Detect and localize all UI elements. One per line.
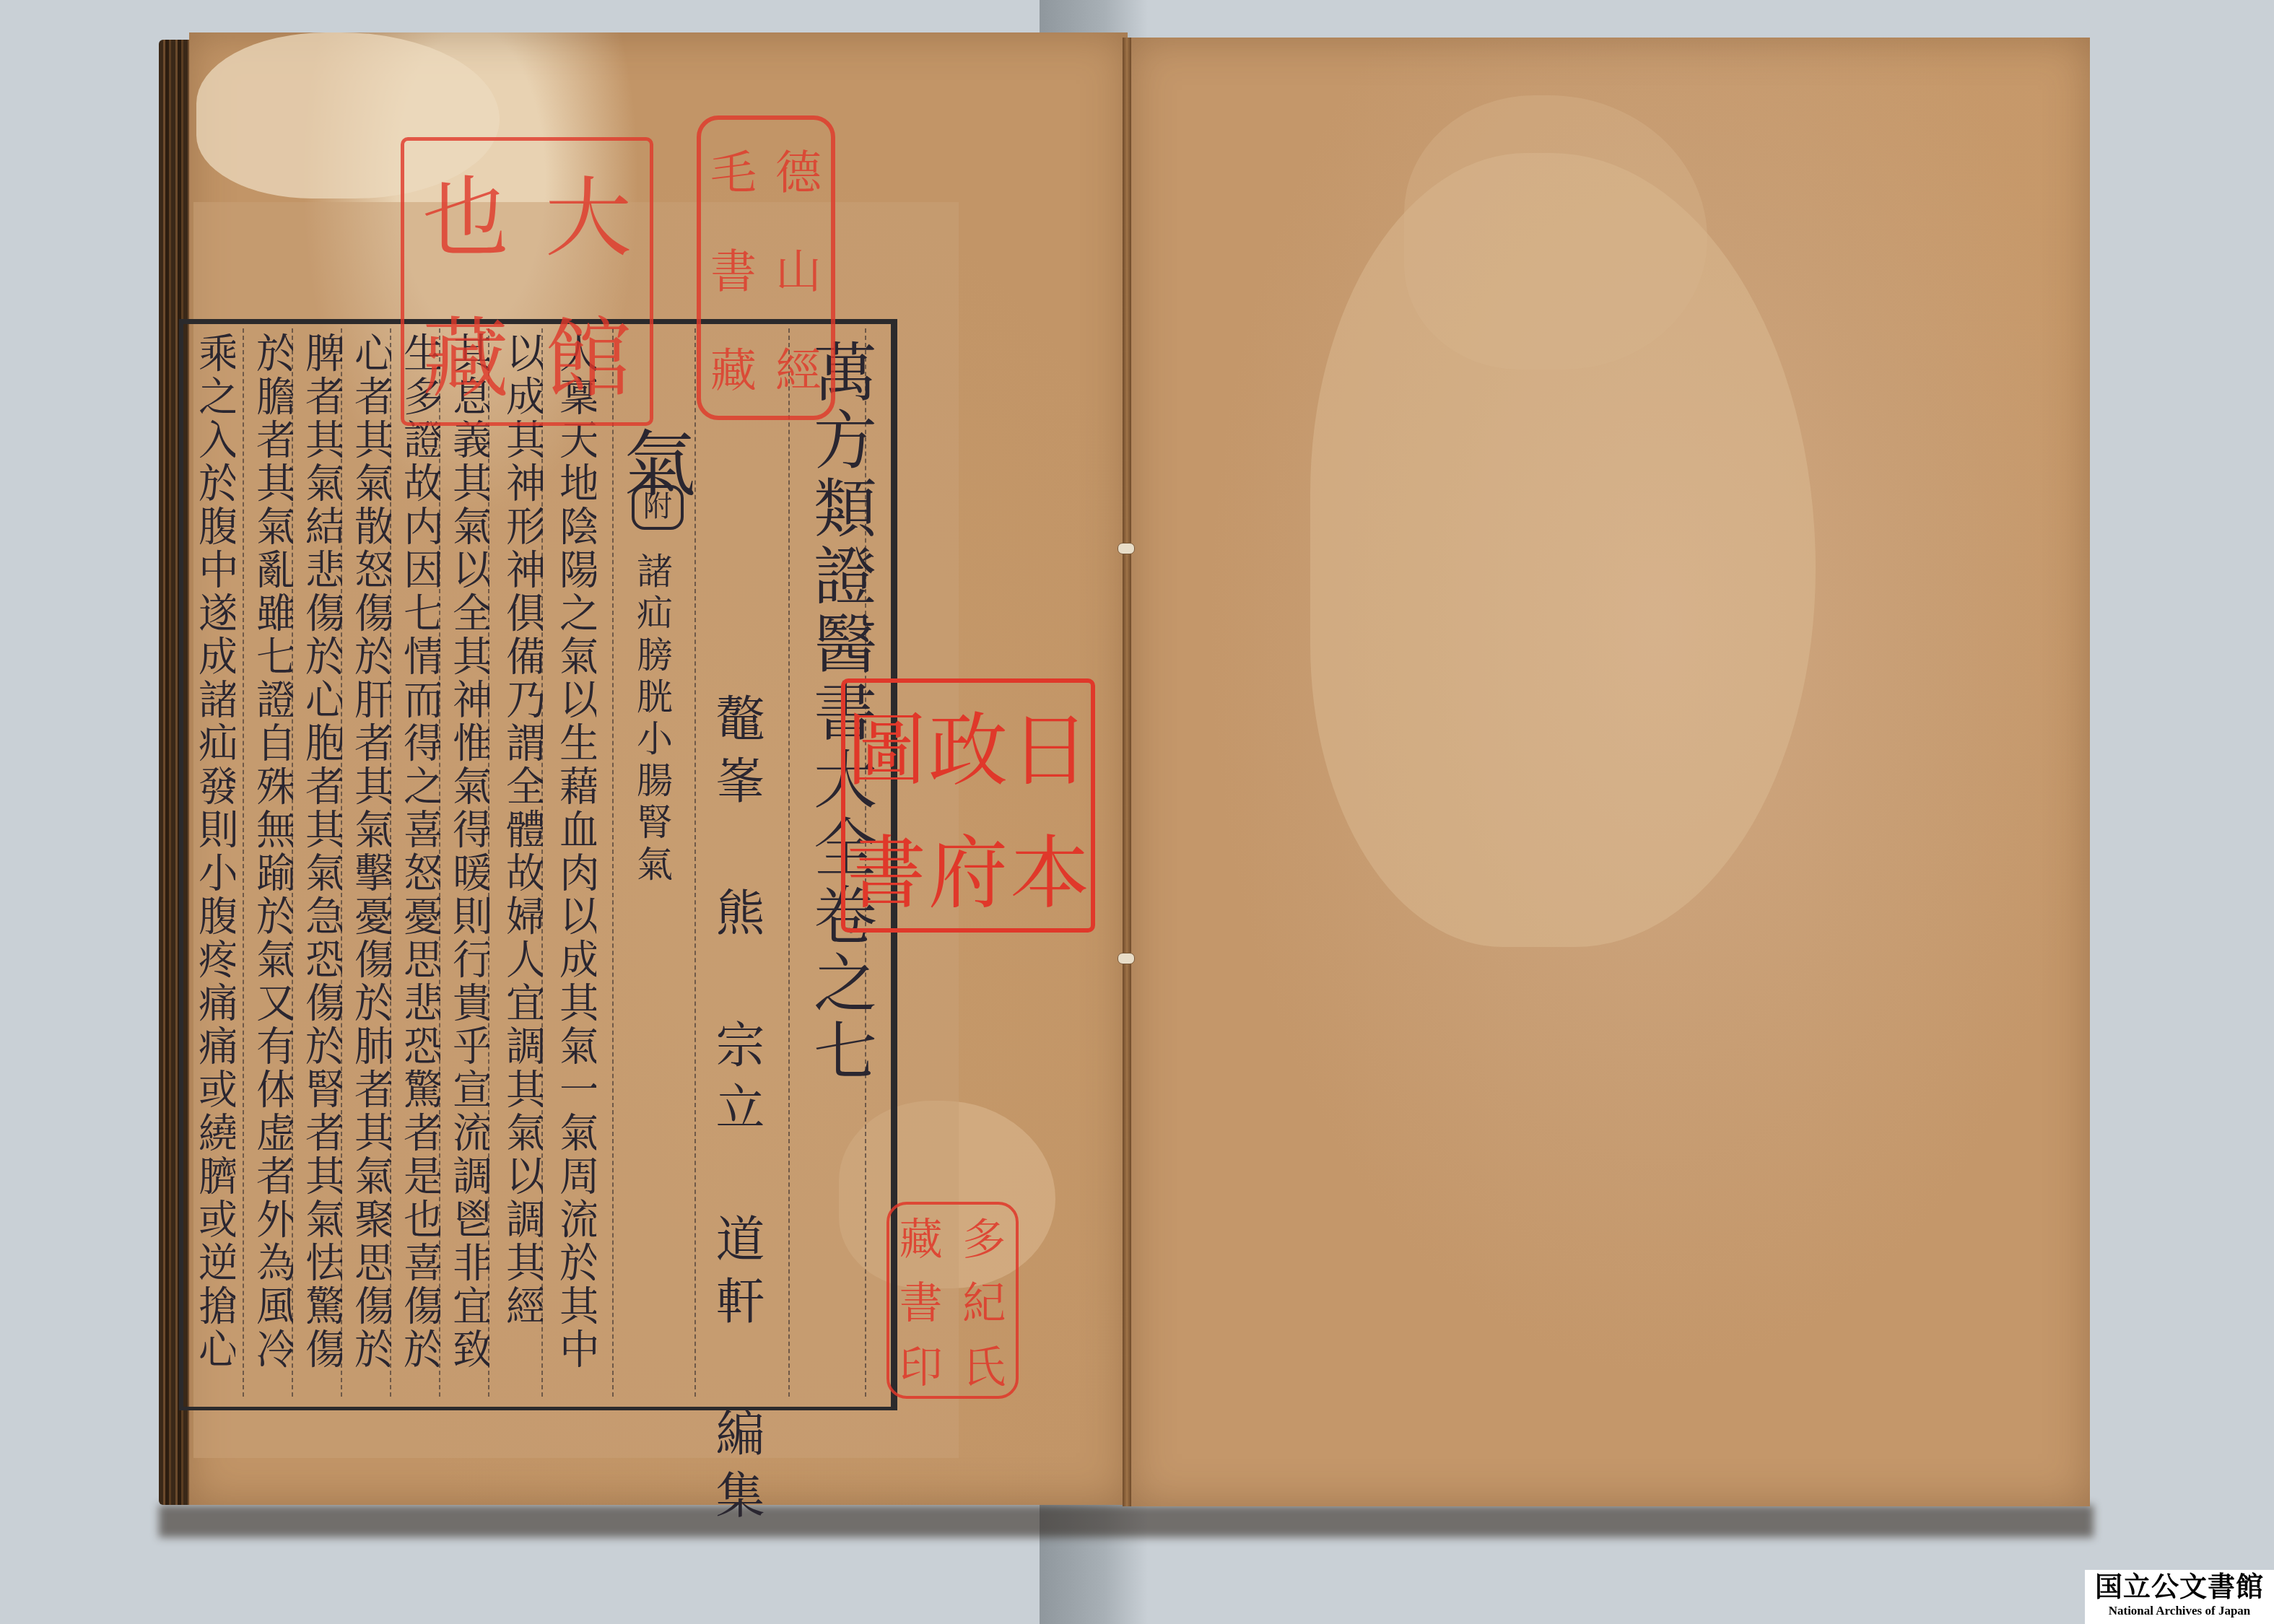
binding-stitch <box>1118 953 1135 964</box>
seal-top-right: 毛 德 書 山 藏 經 <box>697 115 835 420</box>
seal-char: 藏 <box>899 1205 943 1267</box>
watermark-en: National Archives of Japan <box>2085 1603 2274 1619</box>
gutter <box>1123 38 1131 1506</box>
watermark-jp: 国立公文書館 <box>2085 1570 2274 1603</box>
book-shadow <box>159 1505 2094 1537</box>
seal-char: 也 <box>422 149 509 274</box>
seal-char: 藏 <box>710 333 757 400</box>
seal-japan-government-library: 圖 政 日 書 府 本 <box>841 678 1095 933</box>
binding-stitch <box>1118 543 1135 554</box>
seal-char: 圖 <box>847 687 926 801</box>
column-rule <box>243 328 244 1397</box>
body-column: 以成其神形神俱備乃謂全體故婦人宜調其氣以調其經 <box>502 332 543 1400</box>
seal-char: 大 <box>545 149 632 274</box>
water-stain <box>1404 95 1707 370</box>
seal-char: 府 <box>928 810 1008 924</box>
seal-bottom: 藏 多 書 紀 印 氏 <box>886 1202 1019 1399</box>
seal-char: 印 <box>899 1333 943 1395</box>
appendix-badge: 附 <box>632 485 684 530</box>
right-page <box>1130 38 2090 1506</box>
seal-char: 書 <box>847 810 926 924</box>
seal-char: 書 <box>710 235 757 301</box>
seal-char: 紀 <box>962 1269 1006 1331</box>
subheading: 諸疝膀胱小腸腎氣 <box>634 552 670 887</box>
seal-char: 經 <box>775 333 822 400</box>
body-column: 其息義其氣以全其神惟氣得暖則行貴乎宣流調鬯非宜致 <box>449 332 489 1400</box>
body-column: 於膽者其氣亂雖七證自殊無踰於氣又有体虚者外為風冷 <box>253 332 293 1400</box>
seal-char: 氏 <box>962 1333 1006 1395</box>
seal-char: 館 <box>545 290 632 414</box>
body-column: 脾者其氣結悲傷於心胞者其氣急恐傷於腎者其氣怯驚傷 <box>302 332 342 1400</box>
seal-char: 本 <box>1010 810 1089 924</box>
seal-top-left: 也 大 藏 館 <box>401 137 653 426</box>
seal-char: 藏 <box>422 290 509 414</box>
body-column: 生多證故内因七情而得之喜怒憂思悲恐驚者是也喜傷於 <box>400 332 440 1400</box>
seal-char: 書 <box>899 1269 943 1331</box>
body-column: 乘之入於腹中遂成諸疝發則小腹疼痛痛或繞臍或逆搶心 <box>195 332 235 1400</box>
seal-char: 日 <box>1010 687 1089 801</box>
column-rule <box>788 328 790 1397</box>
seal-char: 政 <box>928 687 1008 801</box>
seal-char: 毛 <box>710 136 757 202</box>
seal-char: 山 <box>775 235 822 301</box>
body-column: 心者其氣散怒傷於肝者其氣擊憂傷於肺者其氣聚思傷於 <box>351 332 391 1400</box>
national-archives-watermark: 国立公文書館 National Archives of Japan <box>2085 1570 2274 1624</box>
body-column: 人稟天地陰陽之氣以生藉血肉以成其氣一氣周流於其中 <box>556 332 596 1400</box>
seal-char: 多 <box>962 1205 1006 1267</box>
author-line: 鼇峯 熊 宗立 道軒 編集 <box>711 693 760 1532</box>
seal-char: 德 <box>775 136 822 202</box>
